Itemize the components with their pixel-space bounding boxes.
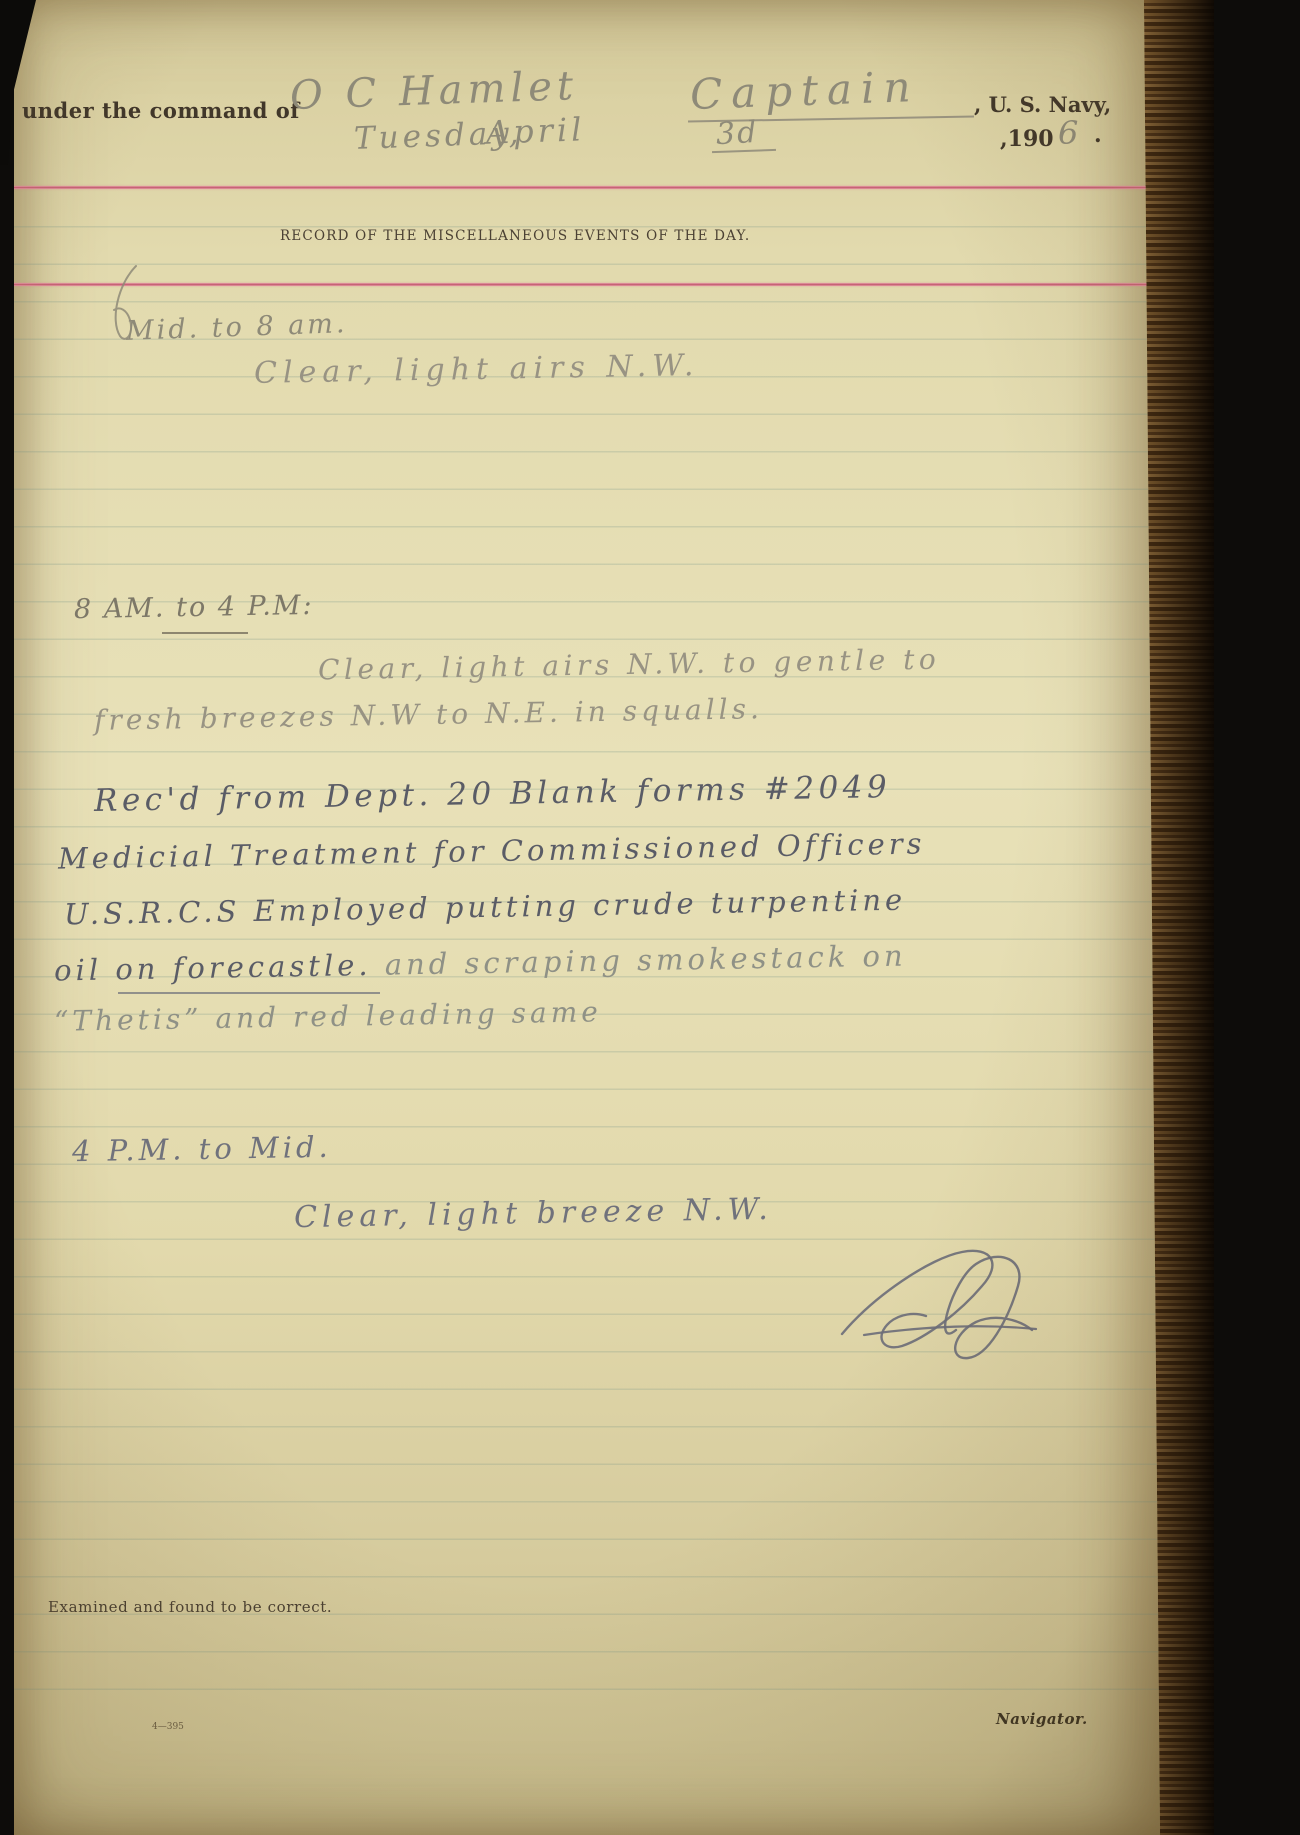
commander-name-handwritten: O C Hamlet — [289, 63, 578, 119]
rank-handwritten: Captain — [689, 62, 920, 119]
received-line4-dark: oil on forecastle. — [54, 948, 372, 988]
year-digit-handwritten: 6 — [1058, 114, 1078, 152]
form-number: 4—395 — [152, 1722, 184, 1732]
header-rule-top — [14, 186, 1150, 189]
entry2-time-underline — [162, 632, 248, 634]
navigator-label: Navigator. — [996, 1710, 1088, 1728]
scanned-logbook-photo: { "document": { "header": { "command_pre… — [0, 0, 1300, 1835]
forecastle-underline — [118, 992, 380, 994]
command-prefix-printed: under the command of — [22, 98, 300, 123]
signature-flourish — [834, 1238, 1044, 1388]
day-handwritten: 3d — [715, 115, 759, 152]
examined-note: Examined and found to be correct. — [48, 1598, 332, 1616]
entry4-time-label: 4 P.M. to Mid. — [72, 1130, 332, 1169]
month-handwritten: April — [485, 110, 586, 151]
header-rule-bottom — [14, 283, 1150, 286]
ruled-lines — [14, 190, 1160, 1690]
entry2-time-label: 8 AM. to 4 P.M: — [74, 590, 314, 625]
log-page: under the command of O C Hamlet Captain … — [14, 0, 1160, 1835]
navy-suffix-printed: , U. S. Navy, — [974, 92, 1111, 117]
year-period-printed: . — [1094, 122, 1102, 148]
section-title: RECORD OF THE MISCELLANEOUS EVENTS OF TH… — [280, 228, 750, 244]
year-printed: ,190 — [1000, 126, 1054, 152]
